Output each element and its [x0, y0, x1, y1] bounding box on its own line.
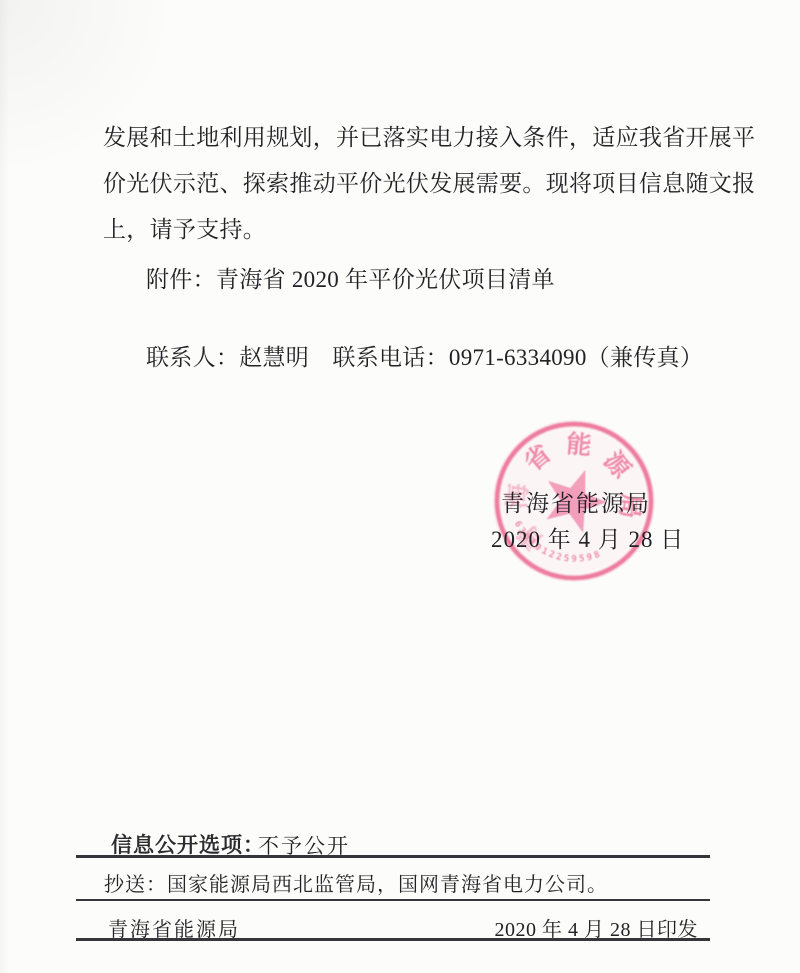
seal-arc-char-4: 能: [565, 429, 592, 460]
cc-line: 抄送：国家能源局西北监管局，国网青海省电力公司。: [104, 868, 608, 897]
body-paragraph-line-2: 价光伏示范、探索推动平价光伏发展需要。现将项目信息随文报: [103, 172, 755, 196]
attachment-line: 附件：青海省 2020 年平价光伏项目清单: [146, 268, 555, 292]
footer-rule-middle: [76, 899, 710, 901]
contact-line: 联系人：赵慧明 联系电话：0971-6334090（兼传真）: [146, 346, 703, 370]
signature-date: 2020 年 4 月 28 日: [491, 521, 684, 554]
body-paragraph-line-3: 上，请予支持。: [103, 218, 266, 242]
footer-rule-bottom: [76, 938, 710, 941]
body-paragraph-line-1: 发展和土地利用规划，并已落实电力接入条件，适应我省开展平: [103, 126, 755, 150]
footer-rule-top: [76, 855, 710, 858]
scanned-official-document: { "document": { "body_lines": [ "发展和土地利用…: [0, 0, 800, 973]
signature-agency: 青海省能源局: [501, 485, 651, 518]
